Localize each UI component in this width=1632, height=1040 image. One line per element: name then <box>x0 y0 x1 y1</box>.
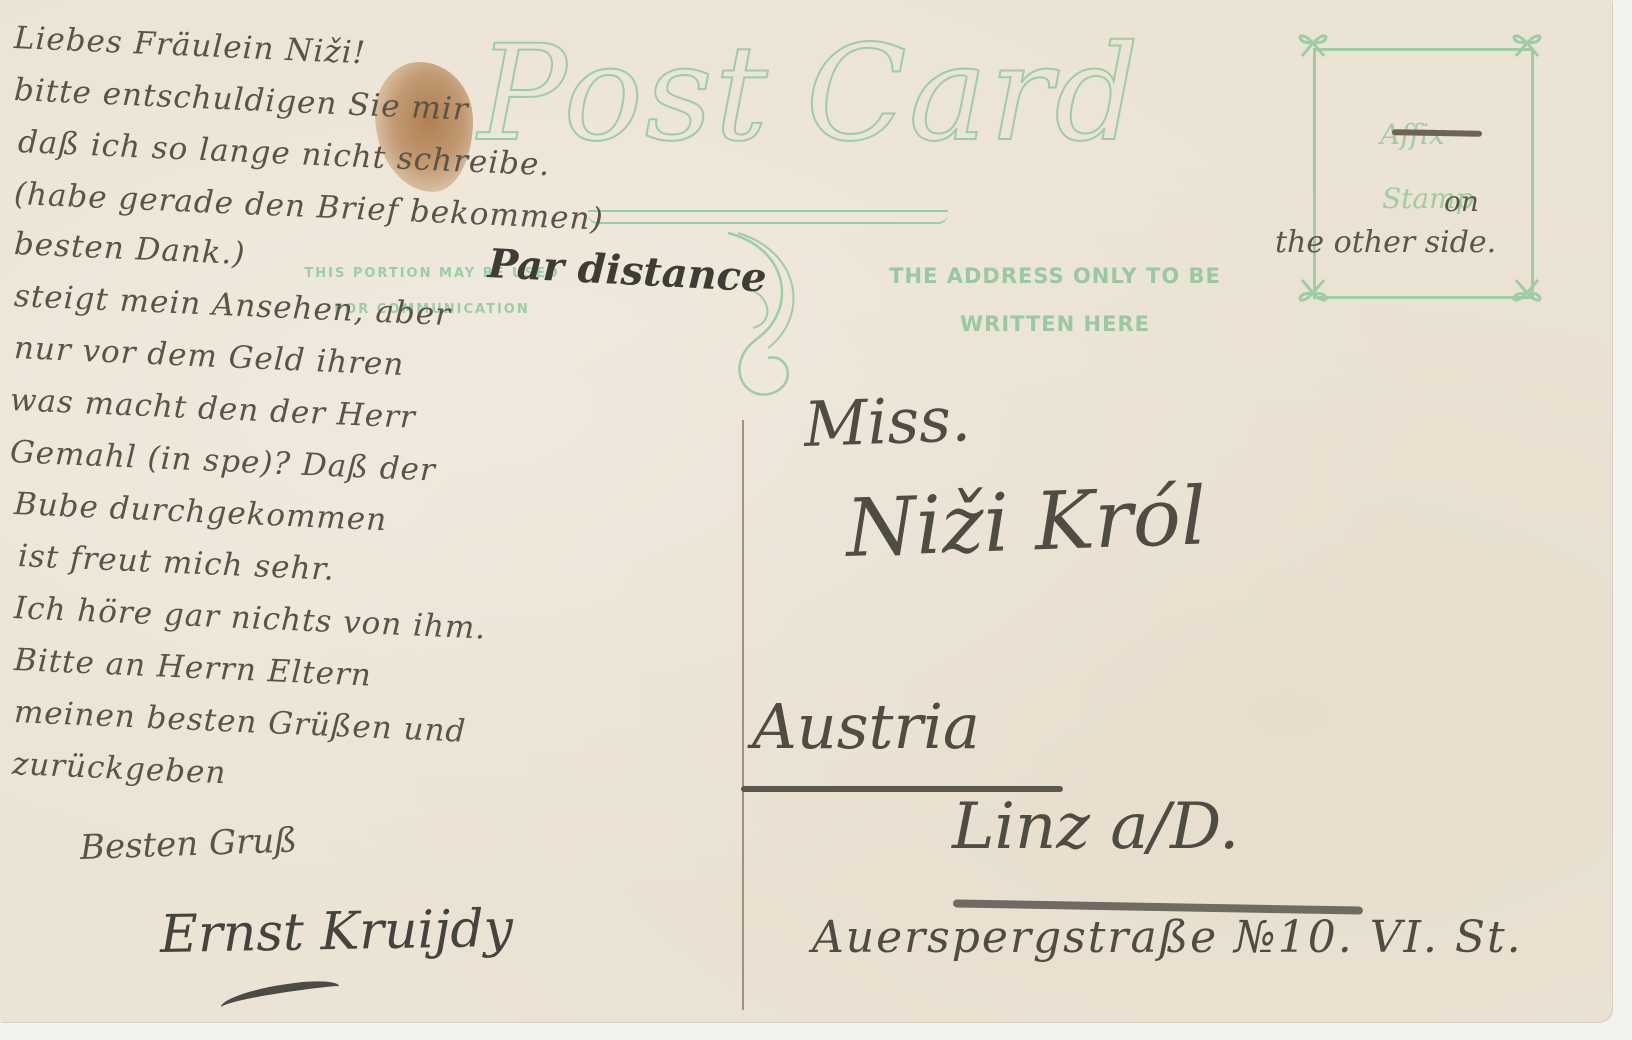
bow-ornament-icon <box>1296 28 1330 58</box>
stamp-box <box>1313 48 1534 299</box>
message-line: steigt mein Ansehen, aber <box>13 278 451 333</box>
closing-greeting: Besten Gruß <box>79 820 297 868</box>
bow-ornament-icon <box>1296 278 1330 308</box>
ornamental-divider <box>588 210 948 224</box>
post-card-heading: PostCard <box>478 28 1141 160</box>
message-line: besten Dank.) <box>13 226 246 272</box>
message-line: nur vor dem Geld ihren <box>13 330 405 383</box>
center-divider-line <box>742 420 744 1010</box>
message-line: zurückgeben <box>11 746 227 791</box>
message-line: Bube durchgekommen <box>13 486 388 538</box>
address-salutation: Miss. <box>803 382 972 461</box>
heading-word-card: Card <box>806 17 1141 171</box>
stamp-note-other-side: the other side. <box>1275 225 1496 260</box>
address-street: Auerspergstraße №10. VI. St. <box>812 912 1523 963</box>
bow-ornament-icon <box>1510 278 1544 308</box>
message-line: Gemahl (in spe)? Daß der <box>9 434 436 489</box>
message-line: meinen besten Grüßen und <box>13 694 467 750</box>
message-line: Bitte an Herrn Eltern <box>13 642 372 694</box>
message-line: ist freut mich sehr. <box>17 538 335 588</box>
bow-ornament-icon <box>1510 28 1544 58</box>
message-line: Ich höre gar nichts von ihm. <box>13 590 487 647</box>
address-label-line1: THE ADDRESS ONLY TO BE <box>845 264 1265 288</box>
address-city: Linz a/D. <box>952 790 1239 864</box>
message-line: was macht den der Herr <box>9 382 416 436</box>
signature-flourish <box>219 977 341 1017</box>
signature: Ernst Kruijdy <box>159 899 513 965</box>
stamp-note-on: on <box>1444 185 1479 218</box>
address-recipient-name: Niži Król <box>844 469 1208 575</box>
message-line: (habe gerade den Brief bekommen) <box>13 176 604 238</box>
postcard-back: PostCard THIS PORTION MAY BE USED FOR CO… <box>0 0 1612 1022</box>
message-line: Liebes Fräulein Niži! <box>13 20 367 71</box>
address-country: Austria <box>752 690 980 763</box>
address-label-line2: WRITTEN HERE <box>845 312 1265 336</box>
